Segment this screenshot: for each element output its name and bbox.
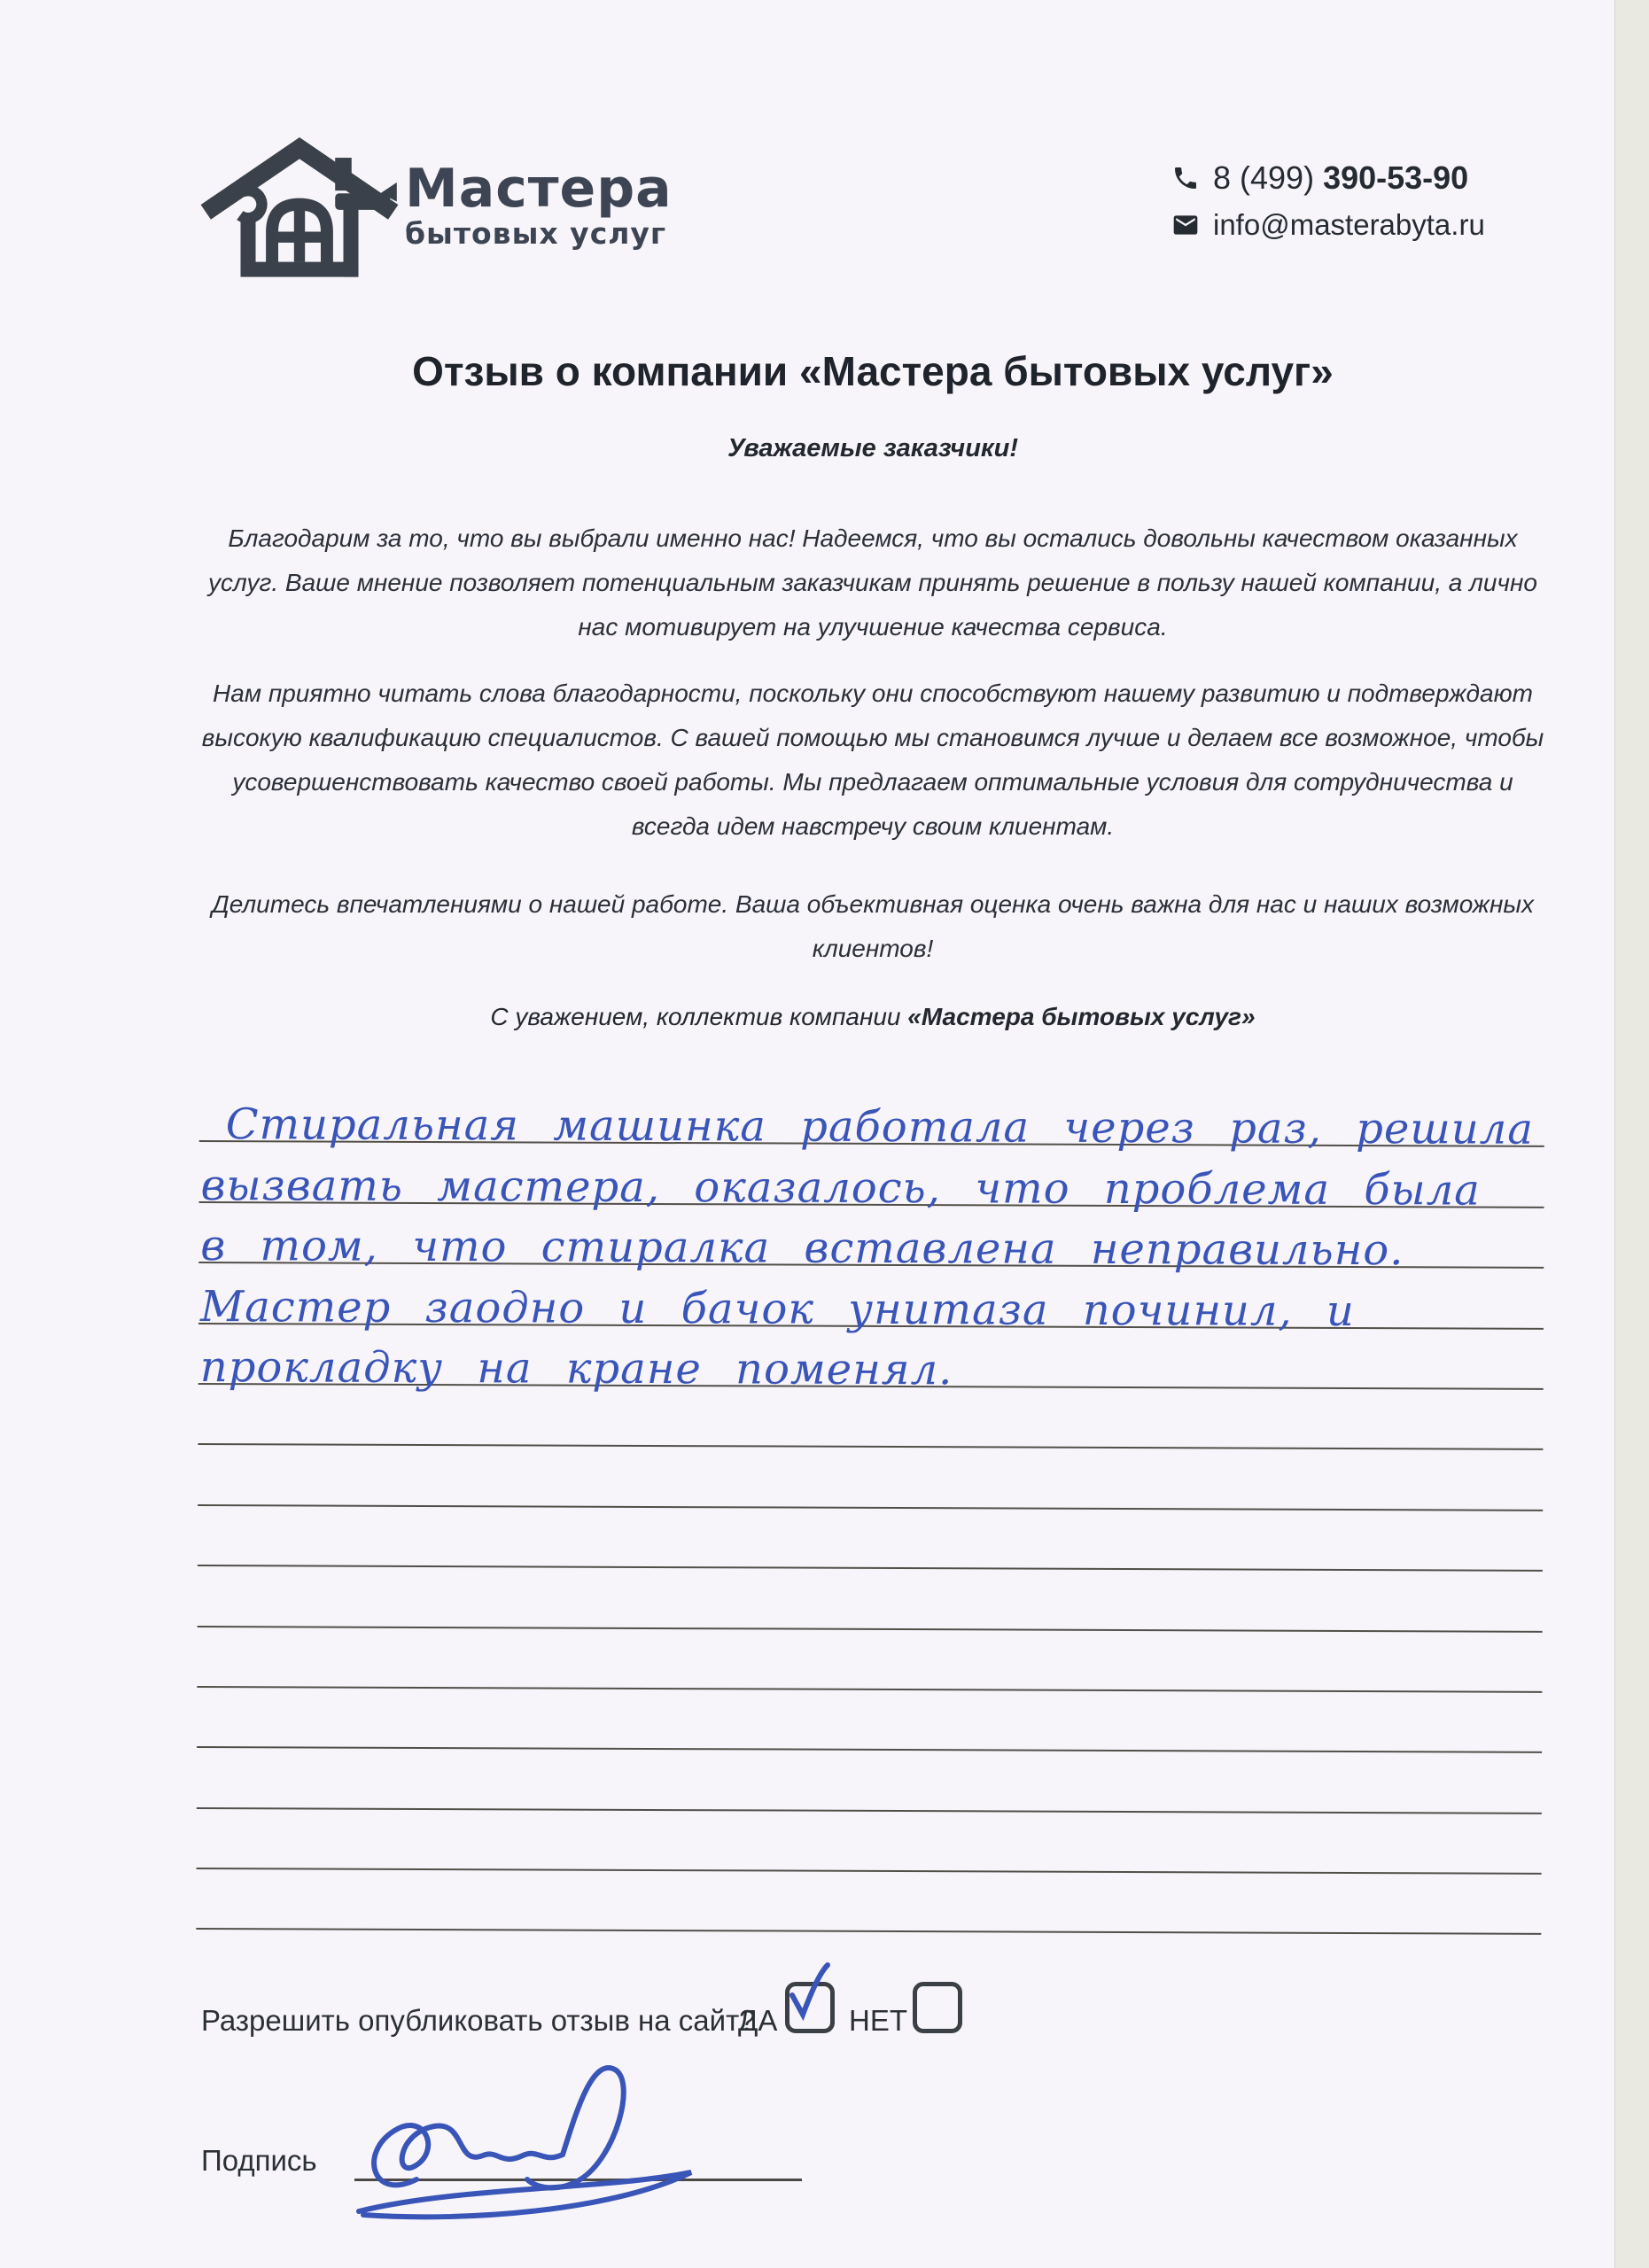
company-logo bbox=[197, 133, 402, 302]
contact-block: 8 (499) 390-53-90 info@masterabyta.ru bbox=[1171, 159, 1485, 253]
handwritten-line: Стиральная машинка работала через раз, р… bbox=[199, 1082, 1544, 1147]
empty-ruled-line bbox=[197, 1748, 1542, 1814]
signature-label: Подпись bbox=[201, 2144, 317, 2178]
phone-number: 8 (499) 390-53-90 bbox=[1213, 159, 1468, 197]
empty-ruled-line bbox=[197, 1809, 1542, 1875]
email-address: info@masterabyta.ru bbox=[1213, 208, 1485, 242]
letter-paragraph: Делитесь впечатлениями о нашей работе. В… bbox=[199, 882, 1546, 971]
phone-icon bbox=[1171, 164, 1200, 192]
letter-paragraph: Благодарим за то, что вы выбрали именно … bbox=[199, 517, 1546, 649]
house-tools-icon bbox=[197, 133, 402, 298]
phone-prefix: 8 (499) bbox=[1213, 159, 1323, 196]
letter-paragraph: Нам приятно читать слова благодарности, … bbox=[199, 672, 1546, 849]
ruled-writing-area: Стиральная машинка работала через раз, р… bbox=[196, 1082, 1544, 1935]
no-label: НЕТ bbox=[849, 2004, 907, 2038]
handwritten-line: прокладку на кране поменял. bbox=[198, 1324, 1544, 1390]
scanned-review-form: { "page": { "paper_color": "#f7f5fa", "b… bbox=[0, 0, 1649, 2268]
empty-ruled-line bbox=[198, 1566, 1543, 1632]
yes-label: ДА bbox=[738, 2004, 777, 2038]
handwritten-line: в том, что стиралка вставлена неправильн… bbox=[198, 1203, 1544, 1269]
yes-checkmark-icon bbox=[783, 1956, 836, 2031]
phone-bold: 390-53-90 bbox=[1323, 159, 1468, 196]
logo-subtitle: бытовых услуг bbox=[405, 216, 673, 252]
handwritten-line: вызвать мастера, оказалось, что проблема… bbox=[198, 1142, 1544, 1208]
logo-title: Мастера bbox=[405, 161, 673, 216]
page-edge bbox=[1614, 0, 1649, 2268]
logo-text: Мастера бытовых услуг bbox=[405, 161, 673, 252]
page-title: Отзыв о компании «Мастера бытовых услуг» bbox=[199, 347, 1546, 395]
phone-row: 8 (499) 390-53-90 bbox=[1171, 159, 1485, 197]
empty-ruled-line bbox=[198, 1506, 1543, 1572]
empty-ruled-line bbox=[197, 1627, 1542, 1693]
handwritten-line: Мастер заодно и бачок унитаза починил, и bbox=[198, 1263, 1544, 1329]
email-icon bbox=[1171, 211, 1200, 239]
email-row: info@masterabyta.ru bbox=[1171, 208, 1485, 242]
greeting: Уважаемые заказчики! bbox=[199, 434, 1546, 463]
empty-ruled-line bbox=[196, 1869, 1541, 1935]
closing-prefix: С уважением, коллектив компании bbox=[490, 1003, 907, 1030]
publish-question: Разрешить опубликовать отзыв на сайт? bbox=[201, 2004, 756, 2038]
empty-ruled-line bbox=[198, 1445, 1543, 1511]
signature-scribble bbox=[310, 2038, 824, 2233]
empty-ruled-line bbox=[198, 1385, 1543, 1450]
closing-company: «Мастера бытовых услуг» bbox=[907, 1003, 1255, 1030]
closing-line: С уважением, коллектив компании «Мастера… bbox=[199, 1003, 1546, 1031]
empty-ruled-line bbox=[197, 1688, 1542, 1753]
no-checkbox[interactable] bbox=[913, 1982, 962, 2033]
